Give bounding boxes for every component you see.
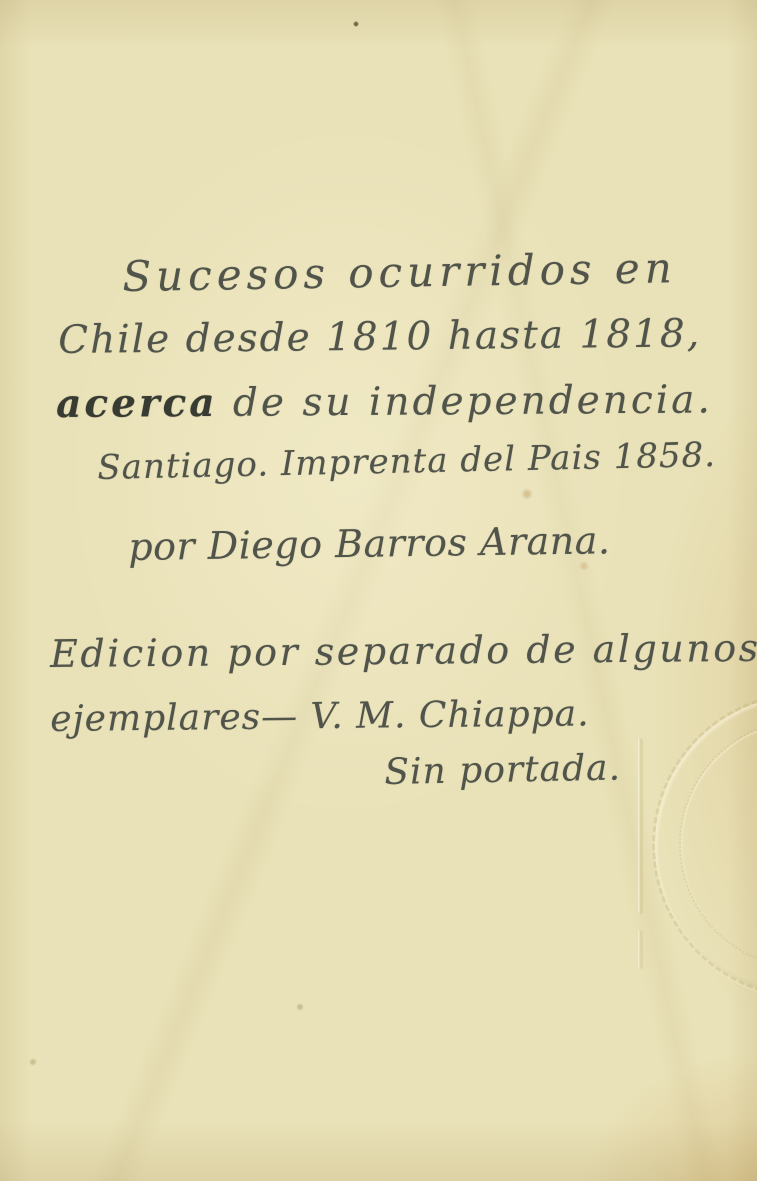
handwriting-line-title-3-rest: de su independencia.	[217, 377, 713, 425]
handwriting-line-title-2: Chile desde 1810 hasta 1818,	[58, 311, 701, 363]
handwriting-emphasis-word: acerca	[56, 380, 218, 427]
handwriting-line-title-3: acerca de su independencia.	[56, 376, 713, 427]
embossed-stamp	[652, 692, 757, 998]
handwriting-line-note-2: ejemplares— V. M. Chiappa.	[50, 693, 590, 740]
handwriting-line-title-1: Sucesos ocurridos en	[122, 243, 677, 301]
handwriting-line-imprint: Santiago. Imprenta del Pais 1858.	[97, 435, 716, 488]
embossed-ridge	[638, 738, 642, 913]
embossed-stamp-inner-ring	[679, 719, 757, 969]
handwriting-line-note-1: Edicion por separado de algunos	[50, 626, 757, 676]
handwriting-line-note-3: Sin portada.	[384, 747, 621, 793]
handwriting-line-author: por Diego Barros Arana.	[128, 518, 611, 569]
embossed-ridge-lower	[638, 930, 642, 968]
manuscript-page: Sucesos ocurridos en Chile desde 1810 ha…	[0, 0, 757, 1181]
